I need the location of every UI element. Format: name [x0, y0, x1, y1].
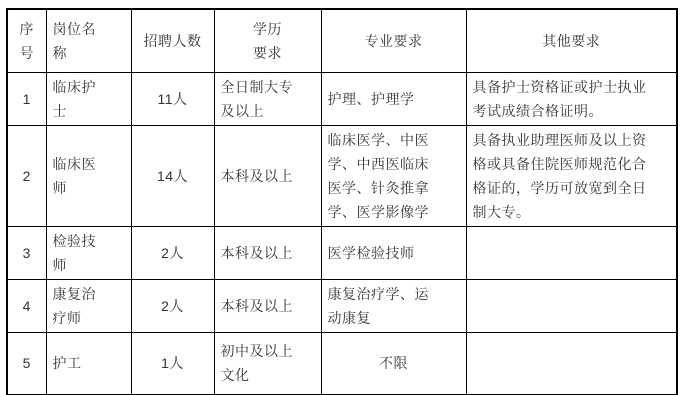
- cell-headcount: 11人: [131, 72, 214, 125]
- cell-major: 临床医学、中医 学、中西医临床 医学、针灸推拿 学、医学影像学: [321, 125, 466, 226]
- cell-education: 初中及以上 文化: [214, 332, 321, 395]
- page: 序 号 岗位名 称 招聘人数 学历 要求 专业要求 其他要求 1 临床护 士 1…: [0, 0, 694, 395]
- table-row: 4 康复治 疗师 2人 本科及以上 康复治疗学、运 动康复: [7, 279, 677, 332]
- table-header-row: 序 号 岗位名 称 招聘人数 学历 要求 专业要求 其他要求: [7, 9, 677, 72]
- recruitment-table: 序 号 岗位名 称 招聘人数 学历 要求 专业要求 其他要求 1 临床护 士 1…: [6, 8, 678, 395]
- header-other-requirement: 其他要求: [466, 9, 677, 72]
- cell-other: 具备执业助理医师及以上资 格或具备住院医师规范化合 格证的，学历可放宽到全日 制…: [466, 125, 677, 226]
- cell-position-name: 康复治 疗师: [46, 279, 131, 332]
- cell-serial-number: 5: [7, 332, 46, 395]
- cell-education: 本科及以上: [214, 226, 321, 279]
- cell-position-name: 临床医 师: [46, 125, 131, 226]
- cell-serial-number: 2: [7, 125, 46, 226]
- header-major-requirement: 专业要求: [321, 9, 466, 72]
- cell-other: [466, 279, 677, 332]
- table-row: 1 临床护 士 11人 全日制大专 及以上 护理、护理学 具备护士资格证或护士执…: [7, 72, 677, 125]
- cell-headcount: 2人: [131, 279, 214, 332]
- table-row: 2 临床医 师 14人 本科及以上 临床医学、中医 学、中西医临床 医学、针灸推…: [7, 125, 677, 226]
- cell-major: 不限: [321, 332, 466, 395]
- cell-position-name: 护工: [46, 332, 131, 395]
- cell-headcount: 2人: [131, 226, 214, 279]
- header-headcount: 招聘人数: [131, 9, 214, 72]
- cell-major: 医学检验技师: [321, 226, 466, 279]
- cell-position-name: 检验技 师: [46, 226, 131, 279]
- cell-position-name: 临床护 士: [46, 72, 131, 125]
- table-row: 3 检验技 师 2人 本科及以上 医学检验技师: [7, 226, 677, 279]
- cell-major: 康复治疗学、运 动康复: [321, 279, 466, 332]
- cell-serial-number: 3: [7, 226, 46, 279]
- cell-serial-number: 4: [7, 279, 46, 332]
- cell-education: 本科及以上: [214, 125, 321, 226]
- cell-other: [466, 226, 677, 279]
- cell-other: [466, 332, 677, 395]
- header-education-requirement: 学历 要求: [214, 9, 321, 72]
- cell-headcount: 1人: [131, 332, 214, 395]
- table-row: 5 护工 1人 初中及以上 文化 不限: [7, 332, 677, 395]
- cell-other: 具备护士资格证或护士执业 考试成绩合格证明。: [466, 72, 677, 125]
- cell-serial-number: 1: [7, 72, 46, 125]
- header-serial-number: 序 号: [7, 9, 46, 72]
- cell-headcount: 14人: [131, 125, 214, 226]
- cell-education: 全日制大专 及以上: [214, 72, 321, 125]
- header-position-name: 岗位名 称: [46, 9, 131, 72]
- cell-major: 护理、护理学: [321, 72, 466, 125]
- cell-education: 本科及以上: [214, 279, 321, 332]
